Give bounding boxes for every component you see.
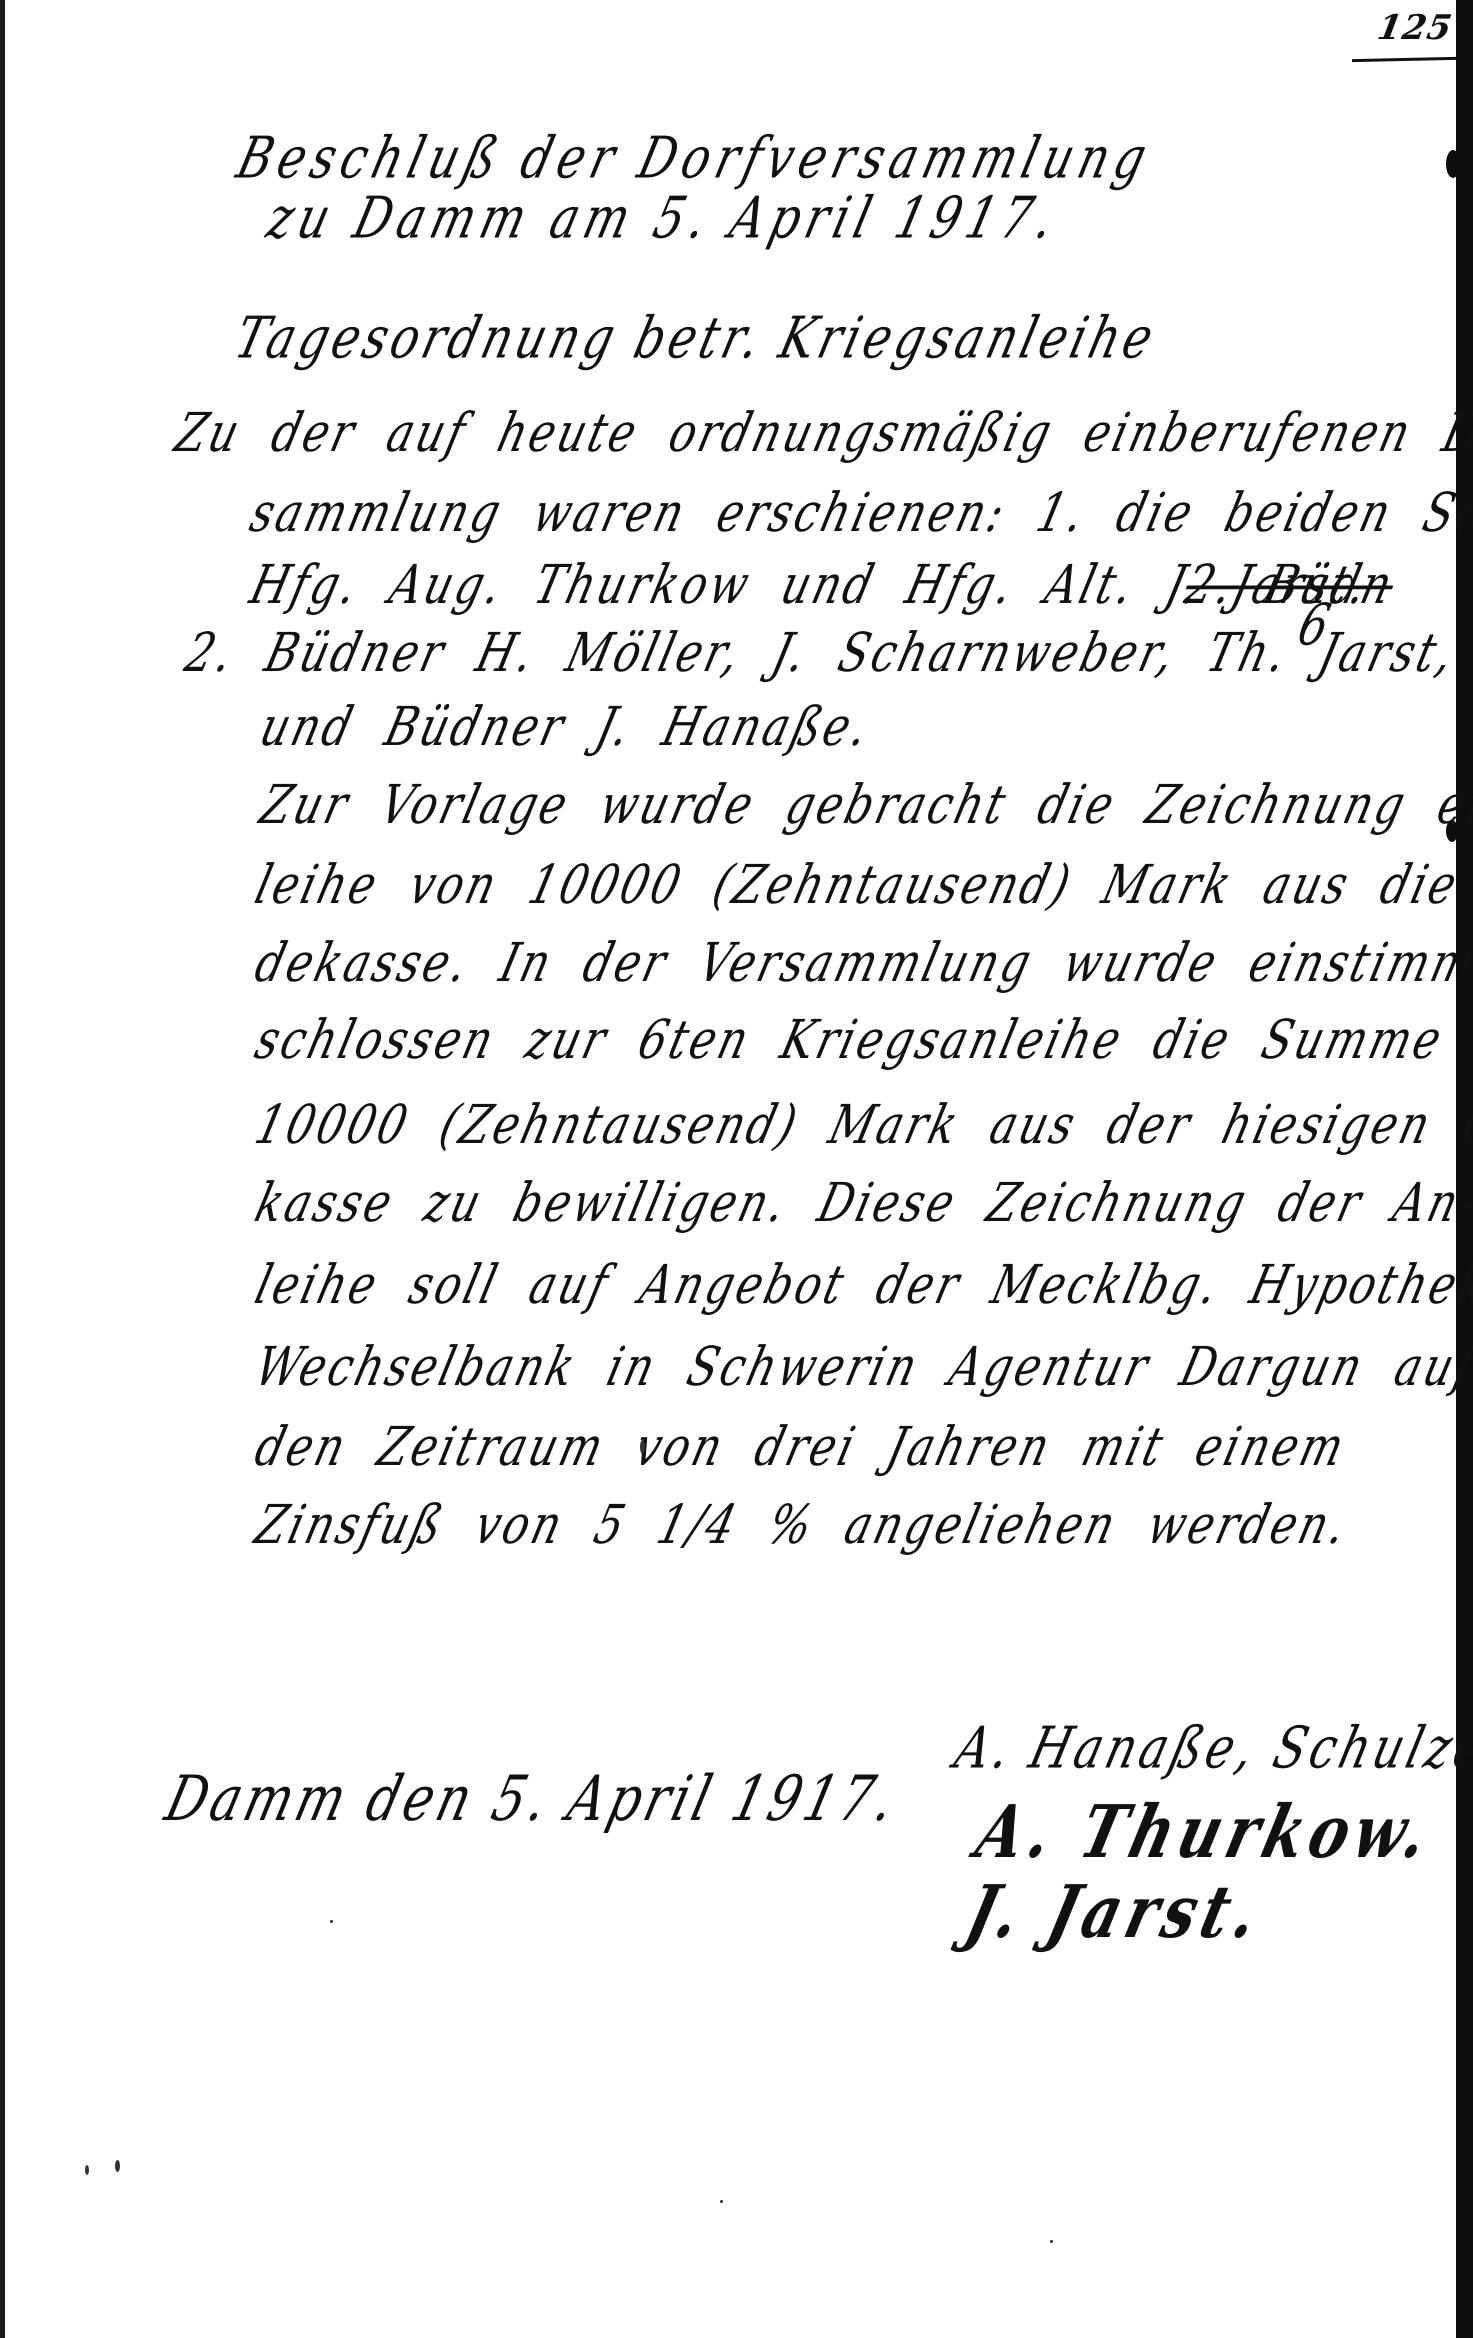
body-line: leihe soll auf Angebot der Mecklbg. Hypo… xyxy=(250,1259,1473,1313)
body-line: dekasse. In der Versammlung wurde einsti… xyxy=(250,937,1473,991)
scan-speck xyxy=(640,1440,645,1454)
heading-line-2: zu Damm am 5. April 1917. xyxy=(262,189,1066,247)
scan-speck xyxy=(330,1920,333,1923)
body-line: Zur Vorlage wurde gebracht die Zeichnung… xyxy=(255,779,1473,833)
body-line: 10000 (Zehntausend) Mark aus der hiesige… xyxy=(250,1099,1473,1153)
signature-jarst: J. Jarst. xyxy=(960,1876,1271,1949)
body-line: sammlung waren erschienen: 1. die beiden… xyxy=(245,487,1473,541)
body-line: kasse zu bewilligen. Diese Zeichnung der… xyxy=(250,1177,1473,1231)
heading-line-1: Beschluß der Dorfversammlung xyxy=(232,129,1158,187)
agenda-line: Tagesordnung betr. Kriegsanleihe xyxy=(230,309,1162,367)
body-line: Zu der auf heute ordnungsmäßig einberufe… xyxy=(170,407,1473,461)
scan-speck xyxy=(720,2200,723,2203)
document-page: 125 Beschluß der Dorfversammlung zu Damm… xyxy=(0,0,1473,2338)
body-line: Wechselbank in Schwerin Agentur Dargun a… xyxy=(250,1341,1473,1395)
body-line: Zinsfuß von 5 1/4 % angeliehen werden. xyxy=(250,1499,1354,1553)
body-line: den Zeitraum von drei Jahren mit einem xyxy=(250,1421,1351,1475)
signature-thurkow: A. Thurkow. xyxy=(970,1796,1441,1869)
place-date-line: Damm den 5. April 1917. xyxy=(160,1768,905,1831)
page-number-underline xyxy=(1352,57,1456,62)
body-line: 2. Büdner H. Möller, J. Scharnweber, Th.… xyxy=(180,627,1473,681)
scan-speck xyxy=(1050,2240,1053,2243)
struck-text: 2. Büdn xyxy=(1180,559,1400,613)
body-line: schlossen zur 6ten Kriegsanleihe die Sum… xyxy=(250,1014,1473,1068)
signature-schulze: A. Hanaße, Schulze xyxy=(950,1719,1473,1777)
scan-speck xyxy=(85,2165,89,2175)
scan-edge-left xyxy=(0,0,5,2338)
body-line: und Büdner J. Hanaße. xyxy=(255,701,876,755)
scan-edge-mark xyxy=(1446,150,1460,178)
scan-speck xyxy=(115,2160,120,2172)
body-line: leihe von 10000 (Zehntausend) Mark aus d… xyxy=(250,859,1473,913)
scan-edge-right xyxy=(1456,0,1473,2338)
page-number: 125 xyxy=(1374,8,1455,48)
